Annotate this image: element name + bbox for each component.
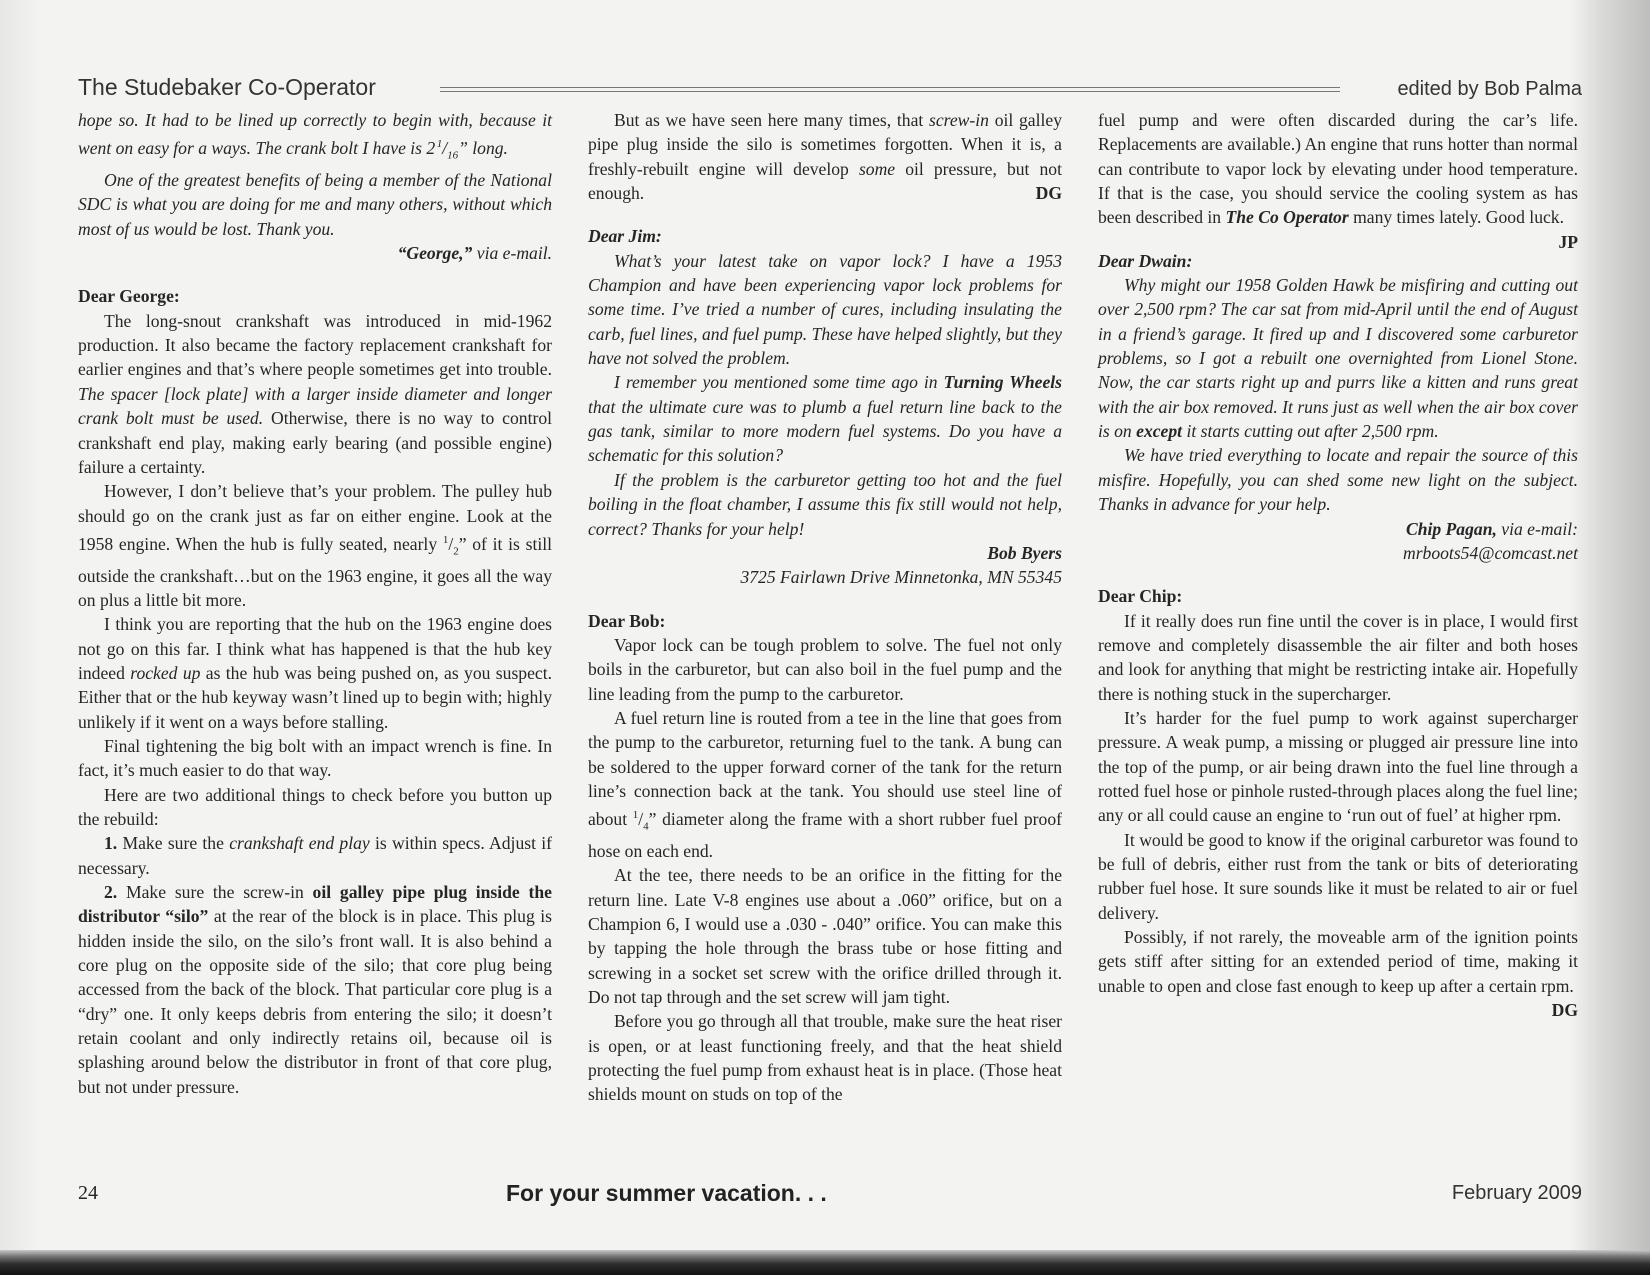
- text: ” long.: [458, 138, 508, 158]
- text: many times lately. Good luck.: [1349, 207, 1564, 227]
- reply-continuation: fuel pump and were often discarded durin…: [1098, 108, 1578, 230]
- publication-title: The Studebaker Co-Operator: [78, 74, 376, 101]
- reply-paragraph: I think you are reporting that the hub o…: [78, 612, 552, 734]
- salutation-dear-chip: Dear Chip:: [1098, 584, 1578, 608]
- letter-signature: “George,” via e-mail.: [78, 241, 552, 265]
- author-initials: DG: [1526, 998, 1578, 1022]
- fraction-denominator: 16: [447, 150, 458, 162]
- reply-paragraph: It’s harder for the fuel pump to work ag…: [1098, 706, 1578, 828]
- text: Why might our 1958 Golden Hawk be misfir…: [1098, 275, 1578, 441]
- emphasis-bold: except: [1136, 421, 1182, 441]
- letter-signature-email: mrboots54@comcast.net: [1098, 541, 1578, 565]
- reply-paragraph: If it really does run fine until the cov…: [1098, 609, 1578, 706]
- issue-date: February 2009: [1452, 1182, 1582, 1205]
- author-initials: JP: [1558, 230, 1578, 254]
- reply-paragraph: The long-snout crankshaft was introduced…: [78, 309, 552, 479]
- letter-signature-name: Bob Byers: [588, 541, 1062, 565]
- checklist-item-2: 2. Make sure the screw-in oil galley pip…: [78, 880, 552, 1099]
- scan-bottom-edge: [0, 1250, 1650, 1275]
- fraction-numerator: 1: [633, 809, 639, 821]
- signature-via: via e-mail:: [1497, 519, 1578, 539]
- item-number: 2.: [104, 882, 117, 902]
- text: Make sure the screw-in: [117, 882, 312, 902]
- salutation-dear-jim: Dear Jim:: [588, 224, 1062, 248]
- letter-signature-address: 3725 Fairlawn Drive Minnetonka, MN 55345: [588, 565, 1062, 589]
- signature-name: Chip Pagan,: [1406, 519, 1497, 539]
- reply-paragraph: A fuel return line is routed from a tee …: [588, 706, 1062, 863]
- letter-paragraph: Why might our 1958 Golden Hawk be misfir…: [1098, 273, 1578, 443]
- reply-paragraph: It would be good to know if the original…: [1098, 828, 1578, 925]
- item-number: 1.: [104, 833, 117, 853]
- publication-reference: The Co Operator: [1226, 207, 1349, 227]
- text: at the rear of the block is in place. Th…: [78, 906, 552, 1096]
- signature-via: via e-mail.: [472, 243, 552, 263]
- text: that the ultimate cure was to plumb a fu…: [588, 397, 1062, 466]
- column-2: But as we have seen here many times, tha…: [588, 108, 1062, 1107]
- page-footer: 24 For your summer vacation. . . Februar…: [78, 1180, 1582, 1210]
- footer-promo-text: For your summer vacation. . .: [506, 1180, 827, 1207]
- fraction-numerator: 1: [443, 534, 449, 546]
- reply-paragraph: But as we have seen here many times, tha…: [588, 108, 1062, 205]
- letter-signature: Chip Pagan, via e-mail:: [1098, 517, 1578, 541]
- checklist-item-1: 1. Make sure the crankshaft end play is …: [78, 831, 552, 880]
- emphasis: screw-in: [929, 110, 989, 130]
- running-header: The Studebaker Co-Operator edited by Bob…: [78, 74, 1582, 104]
- letter-paragraph: If the problem is the carburetor getting…: [588, 468, 1062, 541]
- text: But as we have seen here many times, tha…: [614, 110, 929, 130]
- emphasis: some: [859, 159, 895, 179]
- letter-paragraph: I remember you mentioned some time ago i…: [588, 370, 1062, 467]
- salutation-dear-george: Dear George:: [78, 284, 552, 308]
- editor-credit: edited by Bob Palma: [1397, 78, 1582, 101]
- reply-paragraph: Final tightening the big bolt with an im…: [78, 734, 552, 783]
- letter-continuation: hope so. It had to be lined up correctly…: [78, 108, 552, 168]
- letter-paragraph: What’s your latest take on vapor lock? I…: [588, 249, 1062, 371]
- reply-paragraph: At the tee, there needs to be an orifice…: [588, 863, 1062, 1009]
- text: Make sure the: [117, 833, 229, 853]
- text: The long-snout crankshaft was introduced…: [78, 311, 552, 380]
- letter-paragraph: One of the greatest benefits of being a …: [78, 168, 552, 241]
- page-number: 24: [78, 1182, 98, 1205]
- reply-paragraph: Possibly, if not rarely, the moveable ar…: [1098, 925, 1578, 998]
- text: Possibly, if not rarely, the moveable ar…: [1098, 927, 1578, 996]
- column-3: fuel pump and were often discarded durin…: [1098, 108, 1578, 1022]
- fraction-numerator: 1: [437, 138, 443, 150]
- author-initials: DG: [1010, 181, 1062, 205]
- reply-paragraph: Before you go through all that trouble, …: [588, 1009, 1062, 1106]
- reply-paragraph: Here are two additional things to check …: [78, 783, 552, 832]
- reply-paragraph: However, I don’t believe that’s your pro…: [78, 479, 552, 612]
- signature-name: “George,”: [398, 243, 473, 263]
- emphasis: crankshaft end play: [229, 833, 370, 853]
- letter-paragraph: We have tried everything to locate and r…: [1098, 443, 1578, 516]
- salutation-dear-dwain: Dear Dwain:: [1098, 249, 1578, 273]
- column-1: hope so. It had to be lined up correctly…: [78, 108, 552, 1099]
- salutation-dear-bob: Dear Bob:: [588, 609, 1062, 633]
- text: it starts cutting out after 2,500 rpm.: [1182, 421, 1439, 441]
- magazine-title: Turning Wheels: [944, 372, 1062, 392]
- header-double-rule: [440, 87, 1340, 92]
- text: I remember you mentioned some time ago i…: [614, 372, 944, 392]
- emphasis: rocked up: [130, 663, 200, 683]
- text: ” diameter along the frame with a short …: [588, 809, 1062, 861]
- reply-paragraph: Vapor lock can be tough problem to solve…: [588, 633, 1062, 706]
